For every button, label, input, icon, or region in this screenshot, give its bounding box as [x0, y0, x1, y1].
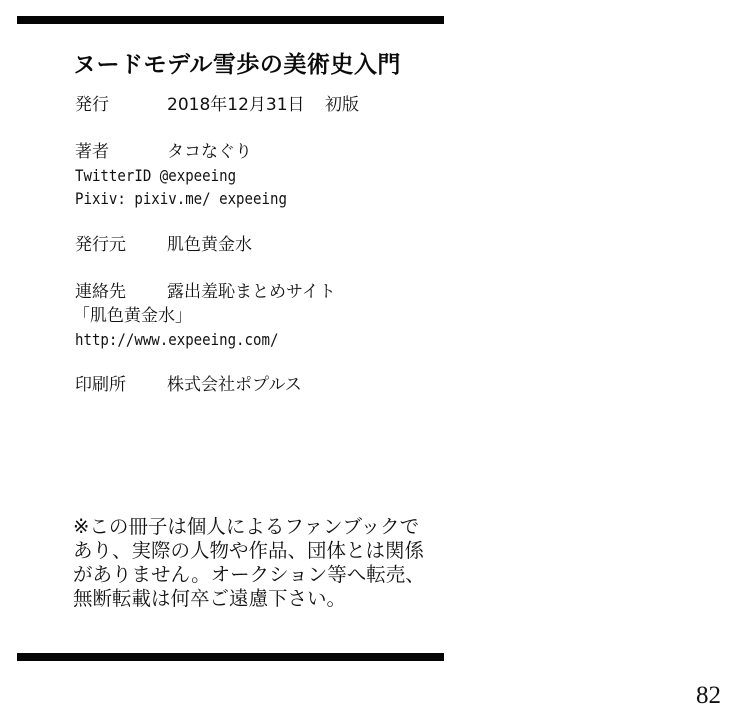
pixiv-link: Pixiv: pixiv.me/ expeeing	[75, 189, 287, 209]
contact-label: 連絡先	[75, 282, 126, 302]
publisher-name: 肌色黄金水	[167, 235, 252, 255]
page-number: 82	[696, 682, 721, 710]
contact-url: http://www.expeeing.com/	[75, 330, 278, 350]
notice-line: ※この冊子は個人によるファンブックで	[73, 515, 425, 539]
bottom-rule	[17, 653, 444, 661]
notice-line: がありません。オークション等へ転売、	[73, 563, 425, 587]
printer-name: 株式会社ポプルス	[167, 375, 302, 395]
publication-date: 2018年12月31日	[167, 95, 305, 115]
book-title: ヌードモデル雪歩の美術史入門	[73, 46, 401, 79]
twitter-id: TwitterID @expeeing	[75, 166, 236, 186]
edition: 初版	[325, 95, 359, 115]
publication-label: 発行	[75, 95, 109, 115]
notice-line: あり、実際の人物や作品、団体とは関係	[73, 539, 425, 563]
top-rule	[17, 16, 444, 24]
publisher-label: 発行元	[75, 235, 126, 255]
notice-block: ※この冊子は個人によるファンブックで あり、実際の人物や作品、団体とは関係 があ…	[73, 515, 425, 611]
printer-label: 印刷所	[75, 375, 126, 395]
contact-site-name: 「肌色黄金水」	[73, 306, 192, 326]
author-label: 著者	[75, 142, 109, 162]
contact-name: 露出羞恥まとめサイト	[167, 282, 336, 302]
notice-line: 無断転載は何卒ご遠慮下さい。	[73, 587, 425, 611]
author-name: タコなぐり	[167, 142, 252, 162]
